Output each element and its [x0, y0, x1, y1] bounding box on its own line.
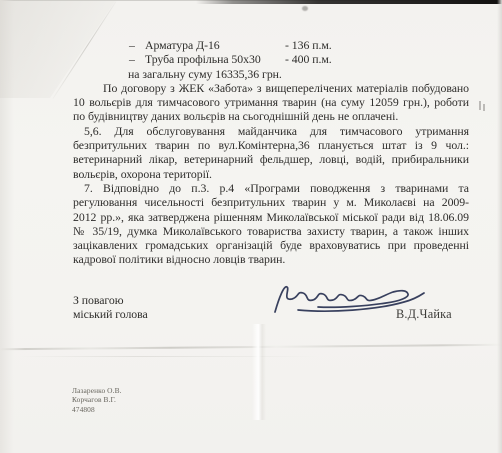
materials-total-line: на загальну суму 16335,36 грн. [128, 67, 469, 81]
text-line: По договору з ЖЕК «Забота» з вищепереліч… [73, 81, 469, 95]
text-line: регулювання чисельності безпритульних тв… [73, 195, 469, 209]
material-dash: – [129, 38, 145, 52]
footer-contact-lines: Лазаренко О.В.Корчагов В.Г.474808 [72, 386, 122, 414]
paragraph-staffing: 5,6. Для обслуговування майданчика для т… [73, 124, 469, 181]
text-line: по будівництву даних вольєрів на сьогодн… [73, 109, 469, 123]
text-line: 10 вольєрів для тимчасового утримання тв… [73, 95, 469, 109]
scanned-letter-page: – Арматура Д-16 - 136 п.м. – Труба профі… [0, 0, 502, 453]
paragraph-contract: По договору з ЖЕК «Забота» з вищепереліч… [73, 81, 469, 124]
text-line: безпритульних тварин по вул.Комінтерна,3… [73, 138, 469, 152]
scan-artifact-right-shadow [497, 0, 502, 453]
scan-artifact-scanner-edge [196, 0, 502, 4]
material-item-value: - 400 п.м. [285, 52, 332, 66]
materials-list: – Арматура Д-16 - 136 п.м. – Труба профі… [73, 38, 469, 81]
scan-artifact-fold-line-2 [18, 356, 318, 357]
text-line: зацікавлених громадських організацій буд… [73, 238, 469, 252]
scan-artifact-fold-line [0, 344, 502, 350]
scan-artifact-vertical-crease [252, 324, 266, 420]
text-line: Лазаренко О.В. [72, 386, 122, 395]
material-item-value: - 136 п.м. [285, 38, 332, 52]
material-item-label: Труба профільна 50х30 [145, 52, 285, 66]
scan-artifact-edge-tick [483, 104, 485, 111]
scan-artifact-edge-tick [479, 101, 481, 110]
text-line: № 35/19, думка Миколаївського товариства… [73, 224, 469, 238]
signature-block: В.Д.Чайка [268, 282, 478, 334]
material-dash: – [129, 52, 145, 66]
signer-name: В.Д.Чайка [396, 307, 452, 322]
paragraph-program: 7. Відповідно до п.3. р.4 «Програми пово… [73, 181, 469, 267]
text-line: ветеринарний лікар, ветеринарний фельдше… [73, 152, 469, 166]
text-line: Корчагов В.Г. [72, 395, 122, 404]
text-line: 5,6. Для обслуговування майданчика для т… [73, 124, 469, 138]
letter-body: – Арматура Д-16 - 136 п.м. – Труба профі… [73, 38, 469, 321]
material-item-label: Арматура Д-16 [145, 38, 285, 52]
material-item: – Труба профільна 50х30 - 400 п.м. [73, 52, 469, 66]
text-line: 7. Відповідно до п.3. р.4 «Програми пово… [73, 181, 469, 195]
text-line: кадрової політики відносно ловців тварин… [73, 252, 469, 266]
scan-artifact-speck [302, 6, 308, 11]
text-line: 474808 [72, 405, 122, 414]
text-line: вольєрів, охорона території. [73, 167, 469, 181]
material-item: – Арматура Д-16 - 136 п.м. [73, 38, 469, 52]
text-line: 2012 рр.», яка затверджена рішенням Мико… [73, 210, 469, 224]
